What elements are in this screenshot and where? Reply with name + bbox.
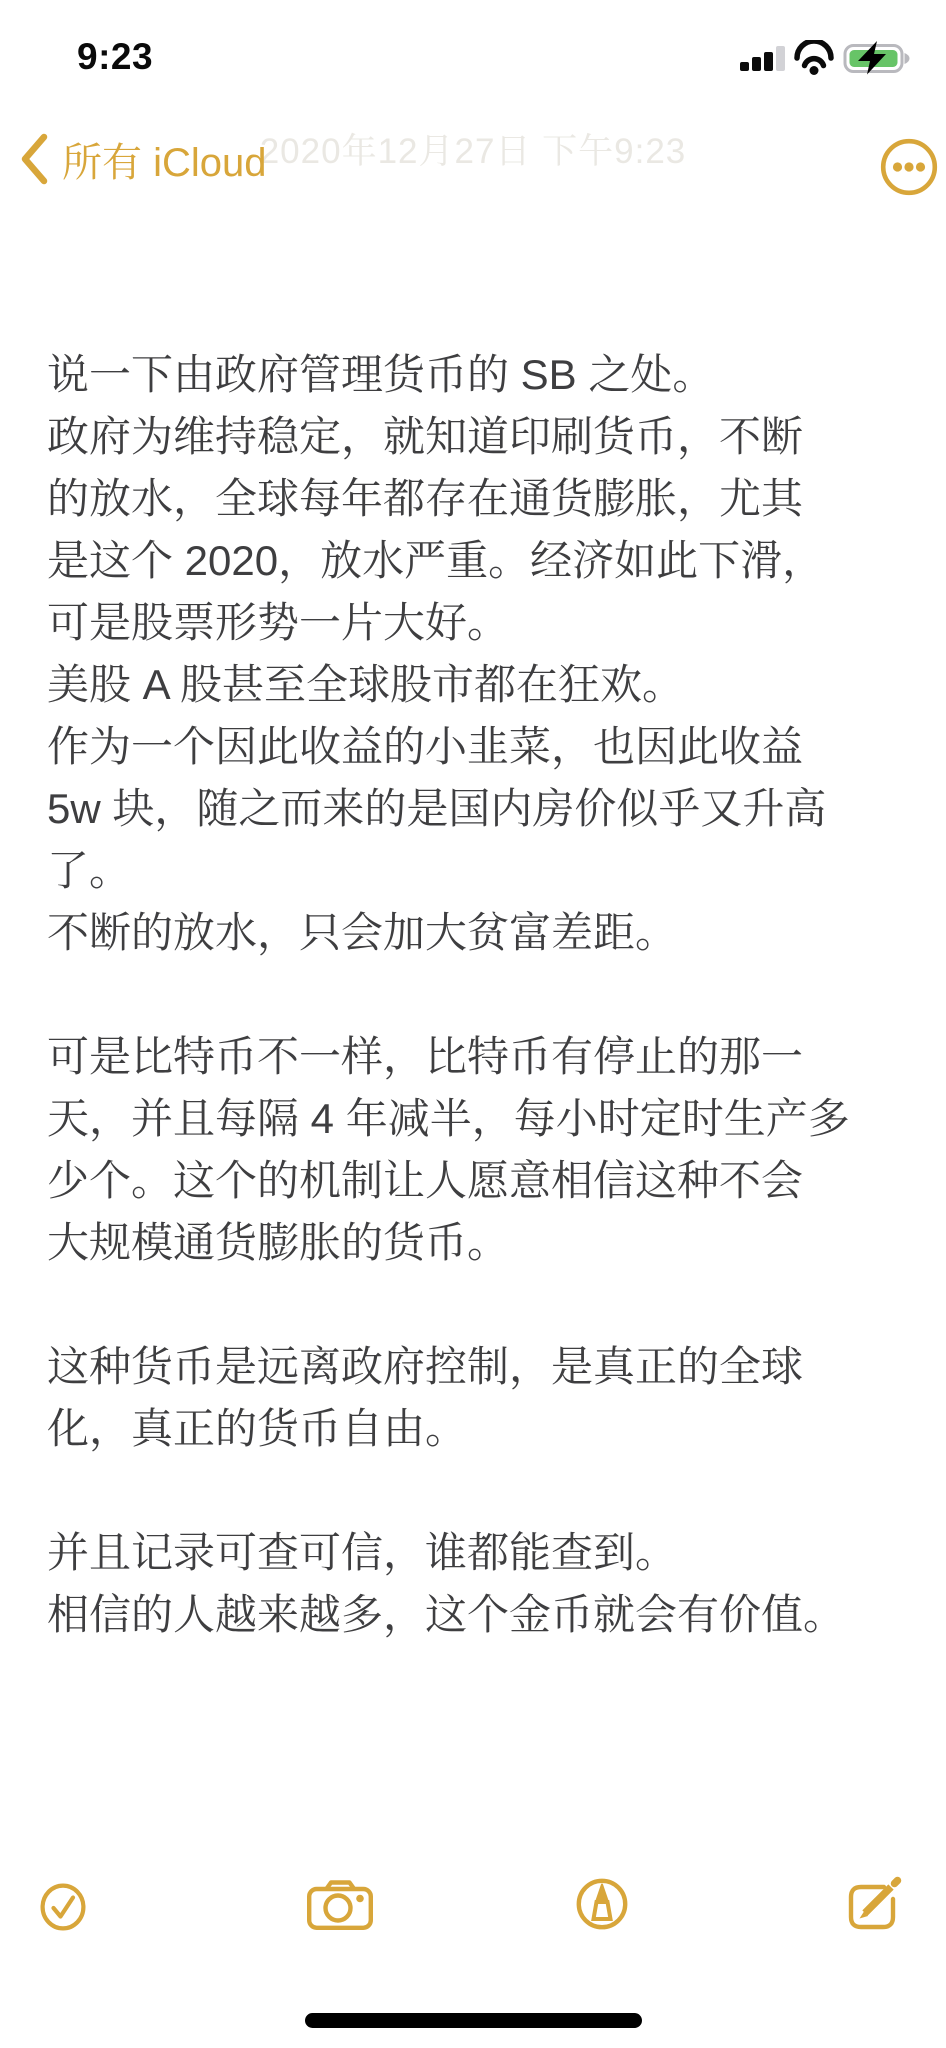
note-line: 天，并且每隔 4 年减半，每小时定时生产多 — [47, 1088, 908, 1150]
wifi-icon — [797, 41, 831, 75]
ellipsis-circle-icon — [880, 138, 938, 196]
compose-icon — [848, 1876, 904, 1930]
note-line: 政府为维持稳定，就知道印刷货币，不断 — [47, 406, 908, 468]
note-line: 了。 — [47, 840, 908, 902]
bottom-toolbar — [0, 1874, 946, 1944]
note-line: 化，真正的货币自由。 — [47, 1398, 908, 1460]
note-line: 少个。这个的机制让人愿意相信这种不会 — [47, 1150, 908, 1212]
more-options-button[interactable] — [880, 138, 938, 196]
note-line — [47, 964, 908, 1026]
note-line — [47, 1460, 908, 1522]
note-line: 可是股票形势一片大好。 — [47, 592, 908, 654]
status-time: 9:23 — [77, 36, 153, 78]
back-button[interactable]: 所有 iCloud — [18, 130, 267, 188]
markup-pen-icon — [576, 1878, 628, 1930]
note-content[interactable]: 说一下由政府管理货币的 SB 之处。政府为维持稳定，就知道印刷货币，不断的放水，… — [0, 344, 946, 1646]
notes-app-screen: 9:23 2020年12月27日 下午9:23 — [0, 0, 946, 2048]
note-line: 说一下由政府管理货币的 SB 之处。 — [47, 344, 908, 406]
note-line: 并且记录可查可信，谁都能查到。 — [47, 1522, 908, 1584]
status-icon-cluster — [735, 40, 915, 76]
back-button-label: 所有 iCloud — [62, 131, 267, 188]
checklist-icon — [40, 1883, 86, 1931]
note-line: 作为一个因此收益的小韭菜，也因此收益 — [47, 716, 908, 778]
note-line: 这种货币是远离政府控制，是真正的全球 — [47, 1336, 908, 1398]
checklist-button[interactable] — [40, 1883, 86, 1936]
chevron-left-icon — [18, 132, 48, 186]
note-line: 美股 A 股甚至全球股市都在狂欢。 — [47, 654, 908, 716]
camera-icon — [307, 1880, 373, 1930]
note-line — [47, 1274, 908, 1336]
compose-button[interactable] — [848, 1876, 904, 1935]
home-indicator[interactable] — [305, 2013, 642, 2028]
note-line: 大规模通货膨胀的货币。 — [47, 1212, 908, 1274]
note-line: 不断的放水，只会加大贫富差距。 — [47, 902, 908, 964]
camera-button[interactable] — [307, 1880, 373, 1935]
note-line: 是这个 2020，放水严重。经济如此下滑， — [47, 530, 908, 592]
battery-charging-icon — [845, 41, 910, 75]
markup-button[interactable] — [576, 1878, 628, 1935]
note-line: 5w 块，随之而来的是国内房价似乎又升高 — [47, 778, 908, 840]
note-line: 相信的人越来越多，这个金币就会有价值。 — [47, 1584, 908, 1646]
note-line: 的放水，全球每年都存在通货膨胀，尤其 — [47, 468, 908, 530]
note-line: 可是比特币不一样，比特币有停止的那一 — [47, 1026, 908, 1088]
cellular-signal-icon — [740, 46, 785, 71]
